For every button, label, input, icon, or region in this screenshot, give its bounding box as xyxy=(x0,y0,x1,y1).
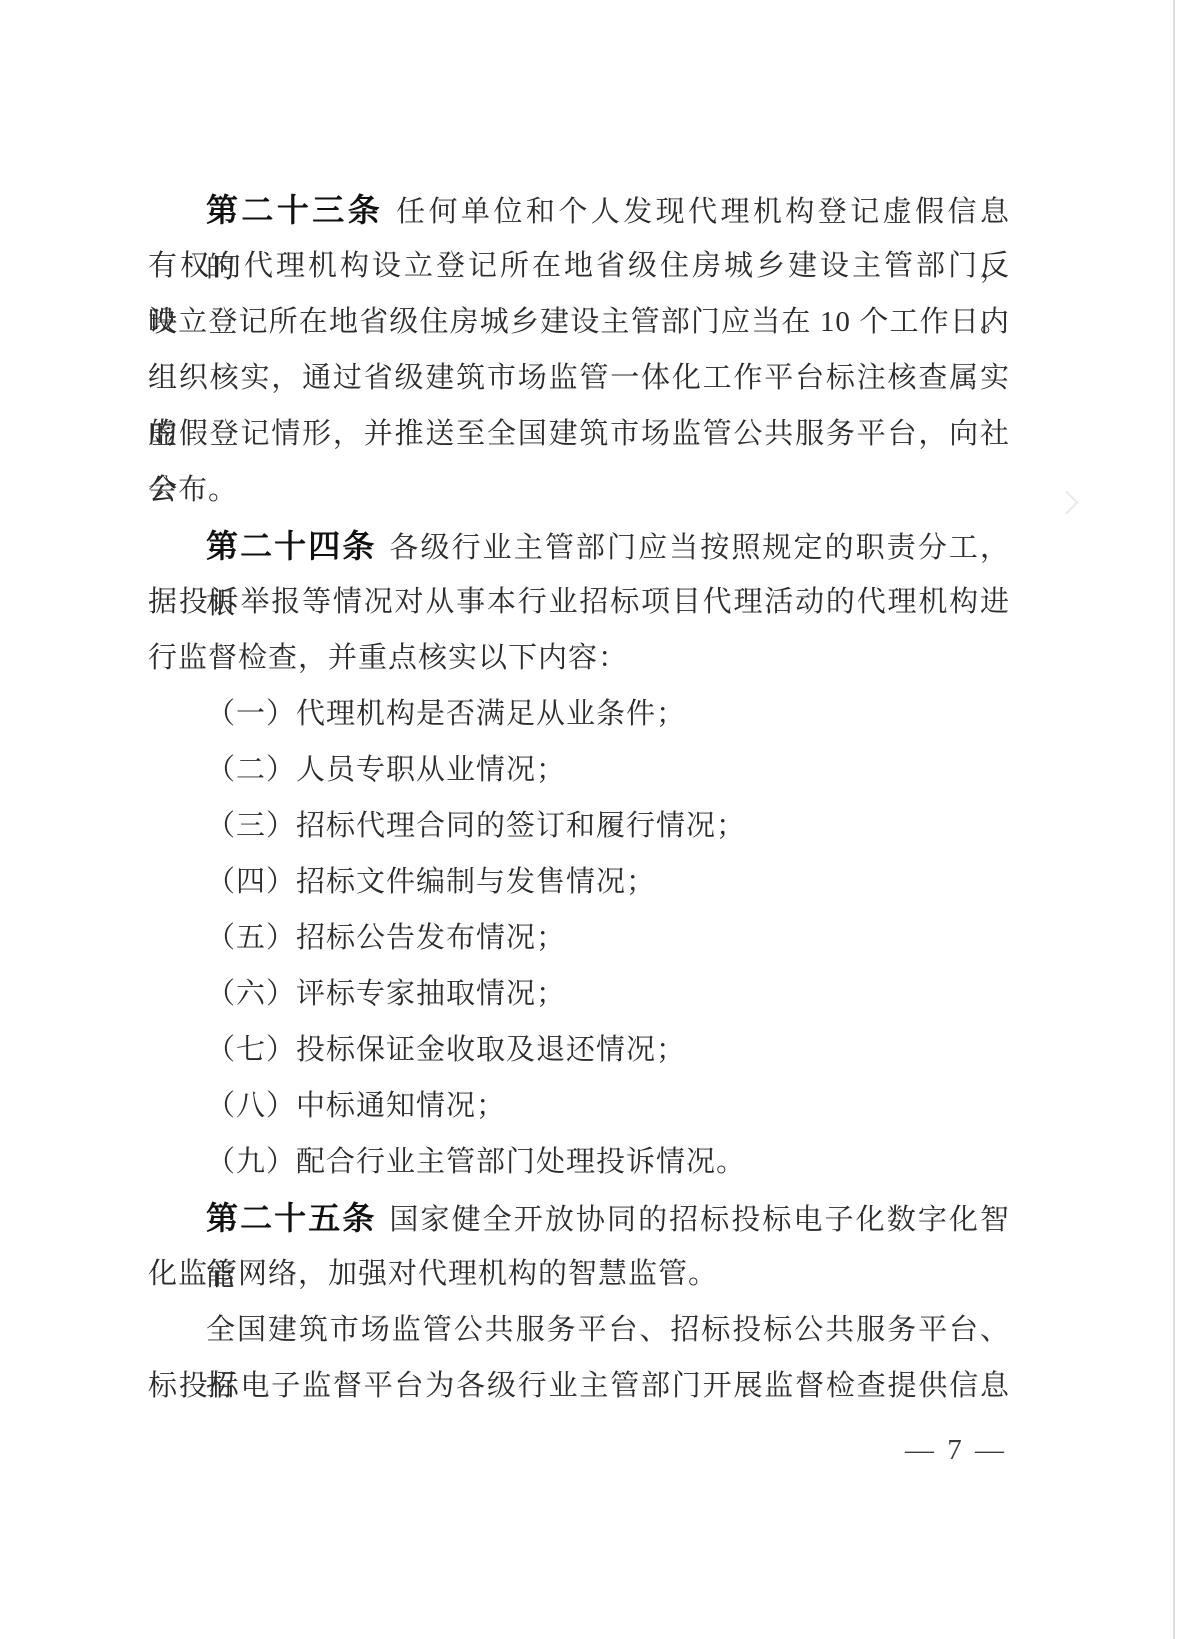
document-page: 第二十三条任何单位和个人发现代理机构登记虚假信息的， 有权向代理机构设立登记所在… xyxy=(0,0,1179,1639)
scan-chevron-artifact xyxy=(1054,490,1078,514)
list-item-5: （五）招标公告发布情况； xyxy=(148,910,1010,966)
list-item-8: （八）中标通知情况； xyxy=(148,1078,1010,1134)
paragraph-line: 据投诉举报等情况对从事本行业招标项目代理活动的代理机构进 xyxy=(148,574,1010,630)
scan-edge-artifact xyxy=(1173,0,1175,1639)
article-23-opening-line: 第二十三条任何单位和个人发现代理机构登记虚假信息的， xyxy=(148,182,1010,238)
article-25-opening-line: 第二十五条国家健全开放协同的招标投标电子化数字化智能 xyxy=(148,1190,1010,1246)
list-item-3: （三）招标代理合同的签订和履行情况； xyxy=(148,798,1010,854)
article-25-term: 第二十五条 xyxy=(206,1200,376,1236)
page-number: — 7 — xyxy=(905,1426,1007,1474)
paragraph-line: 虚假登记情形，并推送至全国建筑市场监管公共服务平台，向社会 xyxy=(148,406,1010,462)
paragraph-line: 设立登记所在地省级住房城乡建设主管部门应当在 10 个工作日内 xyxy=(148,294,1010,350)
article-24-term: 第二十四条 xyxy=(206,528,376,564)
paragraph-end-line: 化监管网络，加强对代理机构的智慧监管。 xyxy=(148,1246,1010,1302)
list-item-9: （九）配合行业主管部门处理投诉情况。 xyxy=(148,1134,1010,1190)
article-24-opening-line: 第二十四条各级行业主管部门应当按照规定的职责分工，根 xyxy=(148,518,1010,574)
list-item-6: （六）评标专家抽取情况； xyxy=(148,966,1010,1022)
paragraph-line: 有权向代理机构设立登记所在地省级住房城乡建设主管部门反映。 xyxy=(148,238,1010,294)
paragraph-line: 组织核实，通过省级建筑市场监管一体化工作平台标注核查属实的 xyxy=(148,350,1010,406)
list-item-4: （四）招标文件编制与发售情况； xyxy=(148,854,1010,910)
paragraph-line: 标投标电子监督平台为各级行业主管部门开展监督检查提供信息 xyxy=(148,1358,1010,1414)
paragraph-line: 全国建筑市场监管公共服务平台、招标投标公共服务平台、招 xyxy=(148,1302,1010,1358)
list-item-1: （一）代理机构是否满足从业条件； xyxy=(148,686,1010,742)
list-item-2: （二）人员专职从业情况； xyxy=(148,742,1010,798)
document-body: 第二十三条任何单位和个人发现代理机构登记虚假信息的， 有权向代理机构设立登记所在… xyxy=(148,182,1010,1414)
paragraph-end-line: 公布。 xyxy=(148,462,1010,518)
paragraph-end-line: 行监督检查，并重点核实以下内容： xyxy=(148,630,1010,686)
list-item-7: （七）投标保证金收取及退还情况； xyxy=(148,1022,1010,1078)
article-23-term: 第二十三条 xyxy=(206,192,383,228)
